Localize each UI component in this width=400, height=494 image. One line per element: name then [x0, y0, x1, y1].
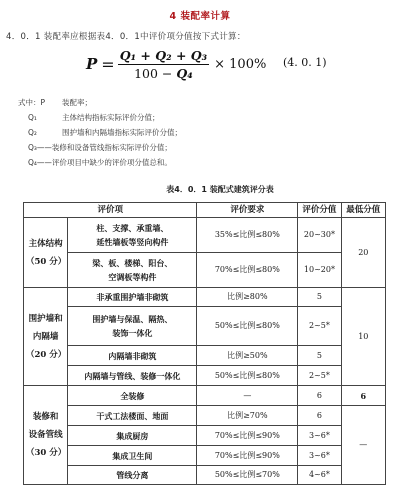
- formula-equals: =: [101, 55, 114, 74]
- requirement-cell: 70%≤比例≤90%: [197, 446, 298, 466]
- table-row: 内隔墙与管线、装修一体化 50%≤比例≤80% 2~5*: [24, 366, 386, 386]
- table-header-row: 评价项 评价要求 评价分值 最低分值: [24, 203, 386, 218]
- symbol-definitions: 式中：P装配率； Q₁主体结构指标实际评价分值； Q₂围护墙和内隔墙指标实际评价…: [18, 95, 182, 170]
- category-label: 装修和: [33, 412, 59, 422]
- item-cell: 内隔墙非砌筑: [68, 346, 197, 366]
- category-label: 围护墙和: [29, 314, 63, 324]
- item-cell: 非承重围护墙非砌筑: [68, 288, 197, 307]
- min-score-cell: —: [341, 406, 385, 485]
- denominator-var: Q₄: [176, 66, 192, 81]
- section-heading: 4 装配率计算: [0, 8, 400, 22]
- formula-fraction: Q₁ + Q₂ + Q₃ 100 − Q₄: [118, 48, 209, 81]
- item-line: 干式工法楼面、地面: [96, 411, 168, 421]
- category-points: （30 分）: [26, 448, 66, 458]
- item-line: 集成卫生间: [112, 451, 152, 461]
- score-cell: 2~5*: [298, 307, 341, 346]
- score-cell: 5: [298, 288, 341, 307]
- item-line: 全装修: [120, 391, 144, 401]
- formula-numerator: Q₁ + Q₂ + Q₃: [118, 48, 209, 65]
- score-cell: 6: [298, 386, 341, 406]
- item-cell: 柱、支撑、承重墙、延性墙板等竖向构件: [68, 218, 197, 253]
- category-points: （50 分）: [26, 257, 66, 267]
- definition-symbol: Q₄——: [18, 155, 52, 170]
- item-line: 梁、板、楼梯、阳台、: [92, 258, 172, 268]
- table-row: 管线分离 50%≤比例≤70% 4~6*: [24, 466, 386, 485]
- assembly-rate-formula: P = Q₁ + Q₂ + Q₃ 100 − Q₄ × 100%: [86, 44, 266, 84]
- item-cell: 管线分离: [68, 466, 197, 485]
- score-cell: 3~6*: [298, 426, 341, 446]
- requirement-cell: 比例≥50%: [197, 346, 298, 366]
- table-caption: 表4．0．1 装配式建筑评分表: [0, 184, 400, 195]
- item-line: 非承重围护墙非砌筑: [96, 292, 168, 302]
- formula-multiplier: × 100%: [214, 57, 266, 72]
- definition-symbol: 式中：P: [18, 95, 62, 110]
- item-line: 装饰一体化: [112, 328, 152, 338]
- category-label: 内隔墙: [33, 332, 59, 342]
- header-score: 评价分值: [298, 203, 341, 218]
- item-line: 内隔墙非砌筑: [108, 351, 156, 361]
- category-points: （20 分）: [26, 350, 66, 360]
- header-min-score: 最低分值: [341, 203, 385, 218]
- equation-number: (4. 0. 1): [283, 56, 327, 69]
- category-decoration-mep: 装修和设备管线（30 分）: [24, 386, 68, 485]
- header-requirement: 评价要求: [197, 203, 298, 218]
- requirement-cell: 50%≤比例≤80%: [197, 307, 298, 346]
- min-score-cell: 6: [341, 386, 385, 406]
- definition-symbol: Q₁: [18, 110, 62, 125]
- table-row: 干式工法楼面、地面 比例≥70% 6 —: [24, 406, 386, 426]
- table-row: 梁、板、楼梯、阳台、空调板等构件 70%≤比例≤80% 10~20*: [24, 253, 386, 288]
- score-cell: 10~20*: [298, 253, 341, 288]
- item-line: 柱、支撑、承重墙、: [96, 223, 168, 233]
- table-row: 围护墙和内隔墙（20 分） 非承重围护墙非砌筑 比例≥80% 5 10: [24, 288, 386, 307]
- definition-text: 评价项目中缺少的评价项分值总和。: [52, 155, 172, 170]
- item-line: 延性墙板等竖向构件: [96, 237, 168, 247]
- requirement-cell: 70%≤比例≤90%: [197, 426, 298, 446]
- definition-row: Q₂围护墙和内隔墙指标实际评价分值；: [18, 125, 182, 140]
- item-line: 内隔墙与管线、装修一体化: [84, 371, 180, 381]
- score-cell: 6: [298, 406, 341, 426]
- min-score-cell: 10: [341, 288, 385, 386]
- table-row: 主体结构（50 分） 柱、支撑、承重墙、延性墙板等竖向构件 35%≤比例≤80%…: [24, 218, 386, 253]
- item-line: 集成厨房: [116, 431, 148, 441]
- score-cell: 4~6*: [298, 466, 341, 485]
- table-row: 装修和设备管线（30 分） 全装修 — 6 6: [24, 386, 386, 406]
- table-row: 围护墙与保温、隔热、装饰一体化 50%≤比例≤80% 2~5*: [24, 307, 386, 346]
- requirement-cell: 比例≥70%: [197, 406, 298, 426]
- requirement-cell: 35%≤比例≤80%: [197, 218, 298, 253]
- table-row: 内隔墙非砌筑 比例≥50% 5: [24, 346, 386, 366]
- definition-row: Q₁主体结构指标实际评价分值；: [18, 110, 182, 125]
- definition-text: 装修和设备管线指标实际评价分值；: [52, 140, 172, 155]
- category-main-structure: 主体结构（50 分）: [24, 218, 68, 288]
- item-cell: 全装修: [68, 386, 197, 406]
- definition-row: 式中：P装配率；: [18, 95, 182, 110]
- category-label: 主体结构: [29, 239, 63, 249]
- definition-text: 装配率；: [62, 95, 92, 110]
- definition-symbol: Q₂: [18, 125, 62, 140]
- score-cell: 20~30*: [298, 218, 341, 253]
- requirement-cell: 50%≤比例≤70%: [197, 466, 298, 485]
- definition-row: Q₄——评价项目中缺少的评价项分值总和。: [18, 155, 182, 170]
- score-cell: 3~6*: [298, 446, 341, 466]
- item-line: 围护墙与保温、隔热、: [92, 314, 172, 324]
- item-cell: 集成厨房: [68, 426, 197, 446]
- formula-denominator: 100 − Q₄: [134, 65, 193, 81]
- requirement-cell: 比例≥80%: [197, 288, 298, 307]
- item-cell: 干式工法楼面、地面: [68, 406, 197, 426]
- item-cell: 梁、板、楼梯、阳台、空调板等构件: [68, 253, 197, 288]
- denominator-prefix: 100 −: [134, 66, 176, 81]
- header-item: 评价项: [24, 203, 197, 218]
- definition-symbol: Q₃——: [18, 140, 52, 155]
- definition-text: 围护墙和内隔墙指标实际评价分值；: [62, 125, 182, 140]
- item-line: 空调板等构件: [108, 272, 156, 282]
- scoring-table: 评价项 评价要求 评价分值 最低分值 主体结构（50 分） 柱、支撑、承重墙、延…: [23, 202, 386, 485]
- definition-row: Q₃——装修和设备管线指标实际评价分值；: [18, 140, 182, 155]
- item-cell: 围护墙与保温、隔热、装饰一体化: [68, 307, 197, 346]
- score-cell: 5: [298, 346, 341, 366]
- requirement-cell: 50%≤比例≤80%: [197, 366, 298, 386]
- min-score-cell: 20: [341, 218, 385, 288]
- category-label: 设备管线: [29, 430, 63, 440]
- requirement-cell: —: [197, 386, 298, 406]
- intro-paragraph: 4．0．1 装配率应根据表4．0．1中评价项分值按下式计算：: [6, 30, 246, 42]
- table-row: 集成厨房 70%≤比例≤90% 3~6*: [24, 426, 386, 446]
- table-row: 集成卫生间 70%≤比例≤90% 3~6*: [24, 446, 386, 466]
- item-cell: 集成卫生间: [68, 446, 197, 466]
- item-cell: 内隔墙与管线、装修一体化: [68, 366, 197, 386]
- requirement-cell: 70%≤比例≤80%: [197, 253, 298, 288]
- formula-lhs: P: [86, 55, 97, 73]
- category-walls: 围护墙和内隔墙（20 分）: [24, 288, 68, 386]
- score-cell: 2~5*: [298, 366, 341, 386]
- definition-text: 主体结构指标实际评价分值；: [62, 110, 160, 125]
- item-line: 管线分离: [116, 470, 148, 480]
